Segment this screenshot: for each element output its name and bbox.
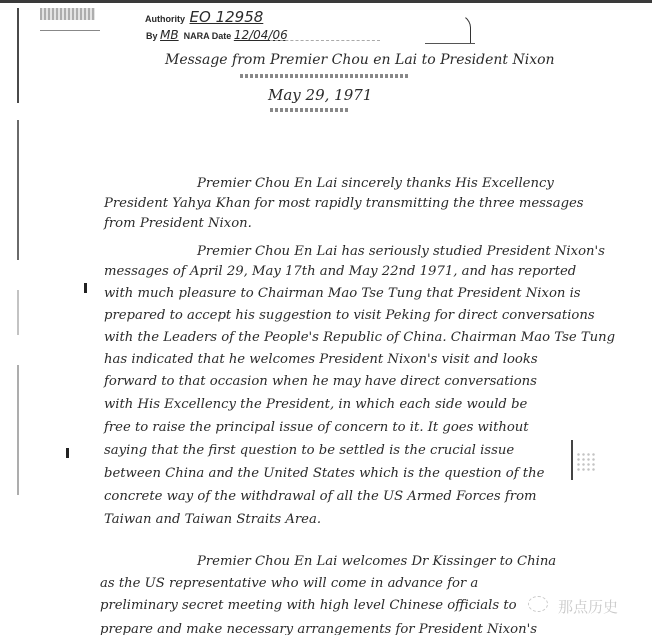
- stamp-underline: [40, 30, 100, 31]
- date-underline: [270, 108, 350, 112]
- document-date: May 29, 1971: [268, 86, 372, 104]
- body-line: forward to that occasion when he may hav…: [104, 374, 537, 389]
- declassification-stamp-graphic: [40, 8, 95, 20]
- authority-value: EO 12958: [190, 8, 264, 26]
- body-line: prepare and make necessary arrangements …: [100, 622, 537, 635]
- margin-mark: [66, 448, 69, 458]
- body-line: with His Excellency the President, in wh…: [104, 397, 527, 412]
- body-line: preliminary secret meeting with high lev…: [100, 598, 517, 613]
- pen-mark-line: [425, 43, 475, 44]
- body-line: with the Leaders of the People's Republi…: [104, 330, 615, 345]
- body-line: President Yahya Khan for most rapidly tr…: [104, 196, 584, 211]
- body-line: as the US representative who will come i…: [100, 576, 478, 591]
- title-underline: [240, 74, 410, 78]
- wechat-icon: [528, 596, 548, 612]
- body-line: prepared to accept his suggestion to vis…: [104, 308, 595, 323]
- body-line: between China and the United States whic…: [104, 466, 544, 481]
- body-line: from President Nixon.: [104, 216, 252, 231]
- body-line: Taiwan and Taiwan Straits Area.: [104, 512, 321, 527]
- scan-edge-line: [17, 365, 19, 495]
- by-line: By MB NARA Date 12/04/06: [146, 28, 288, 42]
- scan-edge-line: [17, 290, 19, 335]
- authority-line: Authority EO 12958: [145, 8, 263, 26]
- scan-edge-line: [17, 120, 19, 260]
- body-line: Premier Chou En Lai sincerely thanks His…: [197, 176, 554, 191]
- scan-artifact-bar: [571, 440, 573, 480]
- body-line: with much pleasure to Chairman Mao Tse T…: [104, 286, 581, 301]
- pen-mark: [430, 12, 471, 43]
- stamp-dash-line: [270, 40, 380, 41]
- by-label: By: [146, 31, 158, 41]
- body-line: Premier Chou En Lai has seriously studie…: [197, 244, 605, 259]
- top-border: [0, 0, 652, 3]
- body-line: free to raise the principal issue of con…: [104, 420, 529, 435]
- body-line: concrete way of the withdrawal of all th…: [104, 489, 537, 504]
- watermark-text: 那点历史: [558, 596, 618, 617]
- scan-edge-line: [17, 8, 19, 103]
- margin-mark: [84, 283, 87, 293]
- body-line: saying that the first question to be set…: [104, 443, 514, 458]
- body-line: Premier Chou En Lai welcomes Dr Kissinge…: [197, 554, 556, 569]
- body-line: has indicated that he welcomes President…: [104, 352, 538, 367]
- authority-label: Authority: [145, 14, 185, 24]
- by-value: MB: [160, 28, 179, 42]
- scan-artifact-speckle: [576, 452, 596, 472]
- document-title: Message from Premier Chou en Lai to Pres…: [165, 52, 555, 68]
- nara-label: NARA Date: [184, 31, 232, 41]
- body-line: messages of April 29, May 17th and May 2…: [104, 264, 576, 279]
